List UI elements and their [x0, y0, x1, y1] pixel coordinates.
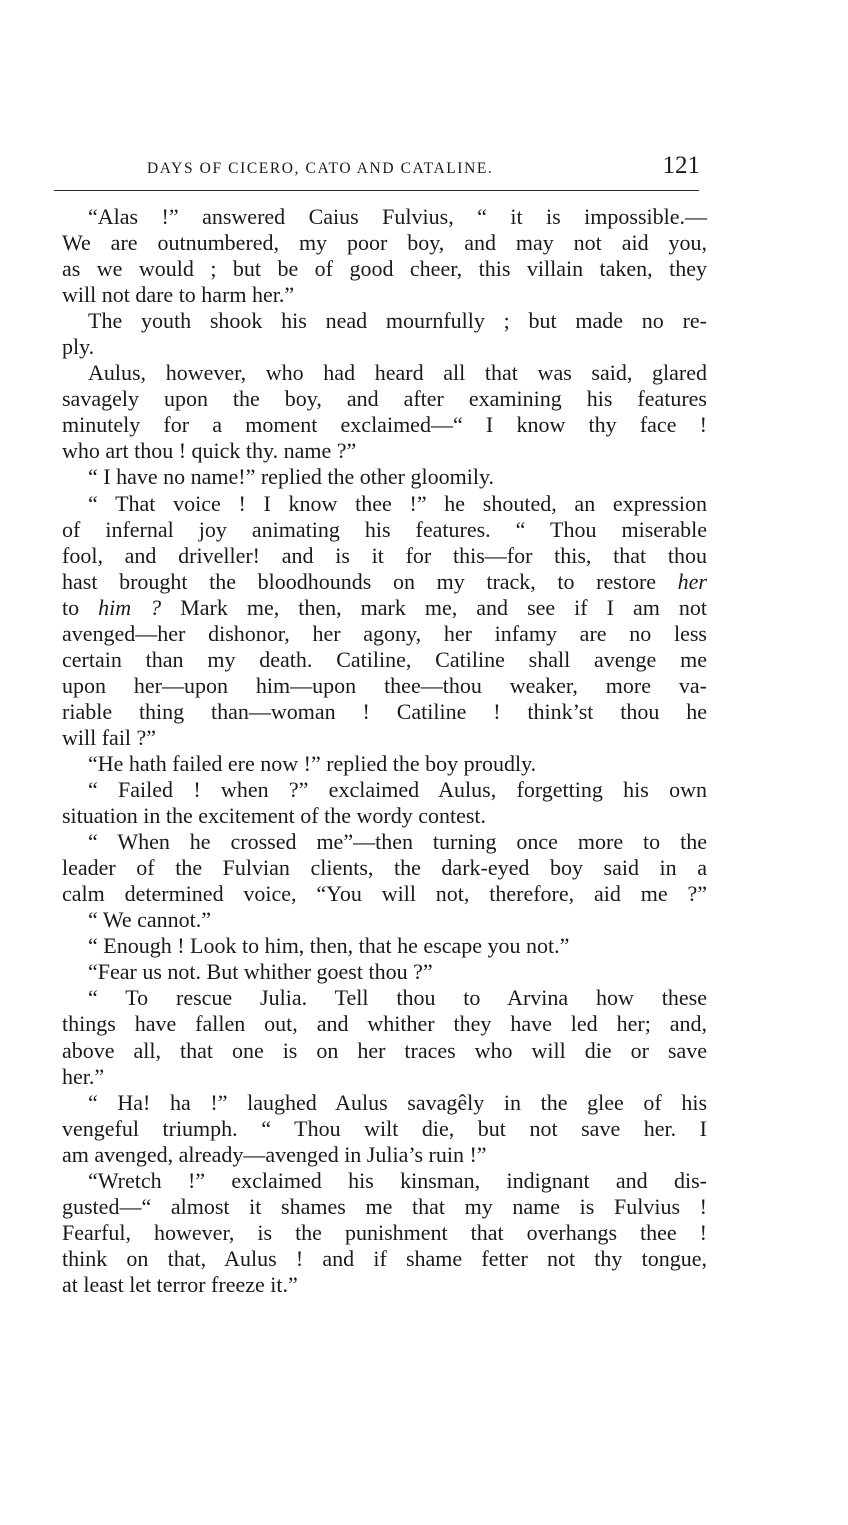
running-head: DAYS OF CICERO, CATO AND CATALINE. 121 — [54, 152, 700, 186]
text-line: Fearful, however, is the punishment that… — [62, 1220, 707, 1246]
text-line: We are outnumbered, my poor boy, and may… — [62, 230, 707, 256]
text-line: certain than my death. Catiline, Catilin… — [62, 647, 707, 673]
text-line: “ We cannot.” — [62, 907, 707, 933]
text-line: ply. — [62, 334, 707, 360]
text-line: who art thou ! quick thy. name ?” — [62, 438, 707, 464]
text-line: hast brought the bloodhounds on my track… — [62, 569, 707, 595]
text-line: avenged—her dishonor, her agony, her inf… — [62, 621, 707, 647]
text-line: to him ? Mark me, then, mark me, and see… — [62, 595, 707, 621]
text-line: “ That voice ! I know thee !” he shouted… — [62, 491, 707, 517]
text-line: minutely for a moment exclaimed—“ I know… — [62, 412, 707, 438]
italic-word: him ? — [98, 595, 161, 620]
text-line: calm determined voice, “You will not, th… — [62, 881, 707, 907]
text-line: “ Ha! ha !” laughed Aulus savagêly in th… — [62, 1090, 707, 1116]
running-title: DAYS OF CICERO, CATO AND CATALINE. — [147, 160, 493, 178]
text-line: things have fallen out, and whither they… — [62, 1011, 707, 1037]
text-line: will not dare to harm her.” — [62, 282, 707, 308]
text-line: “Fear us not. But whither goest thou ?” — [62, 959, 707, 985]
text-line: “ Failed ! when ?” exclaimed Aulus, forg… — [62, 777, 707, 803]
text-line: riable thing than—woman ! Catiline ! thi… — [62, 699, 707, 725]
text-line: “ To rescue Julia. Tell thou to Arvina h… — [62, 985, 707, 1011]
text-line: at least let terror freeze it.” — [62, 1272, 707, 1298]
text-line: vengeful triumph. “ Thou wilt die, but n… — [62, 1116, 707, 1142]
header-rule — [54, 190, 699, 191]
text-line: “Alas !” answered Caius Fulvius, “ it is… — [62, 204, 707, 230]
text-line: The youth shook his nead mournfully ; bu… — [62, 308, 707, 334]
text-line: gusted—“ almost it shames me that my nam… — [62, 1194, 707, 1220]
text-line: situation in the excitement of the wordy… — [62, 803, 707, 829]
text-line: savagely upon the boy, and after examini… — [62, 386, 707, 412]
italic-word: her — [678, 569, 707, 594]
text-line: Aulus, however, who had heard all that w… — [62, 360, 707, 386]
text-line: “Wretch !” exclaimed his kinsman, indign… — [62, 1168, 707, 1194]
text-line: think on that, Aulus ! and if shame fett… — [62, 1246, 707, 1272]
text-line: “ I have no name!” replied the other glo… — [62, 464, 707, 490]
text-line: of infernal joy animating his features. … — [62, 517, 707, 543]
text-line: above all, that one is on her traces who… — [62, 1038, 707, 1064]
text-line: as we would ; but be of good cheer, this… — [62, 256, 707, 282]
text-line: am avenged, already—avenged in Julia’s r… — [62, 1142, 707, 1168]
text-line: leader of the Fulvian clients, the dark-… — [62, 855, 707, 881]
text-line: “ When he crossed me”—then turning once … — [62, 829, 707, 855]
text-line: upon her—upon him—upon thee—thou weaker,… — [62, 673, 707, 699]
body-text: “Alas !” answered Caius Fulvius, “ it is… — [62, 204, 707, 1298]
text-line: fool, and driveller! and is it for this—… — [62, 543, 707, 569]
text-line: will fail ?” — [62, 725, 707, 751]
text-line: “He hath failed ere now !” replied the b… — [62, 751, 707, 777]
text-line: her.” — [62, 1064, 707, 1090]
text-line: “ Enough ! Look to him, then, that he es… — [62, 933, 707, 959]
page-number: 121 — [663, 152, 701, 180]
